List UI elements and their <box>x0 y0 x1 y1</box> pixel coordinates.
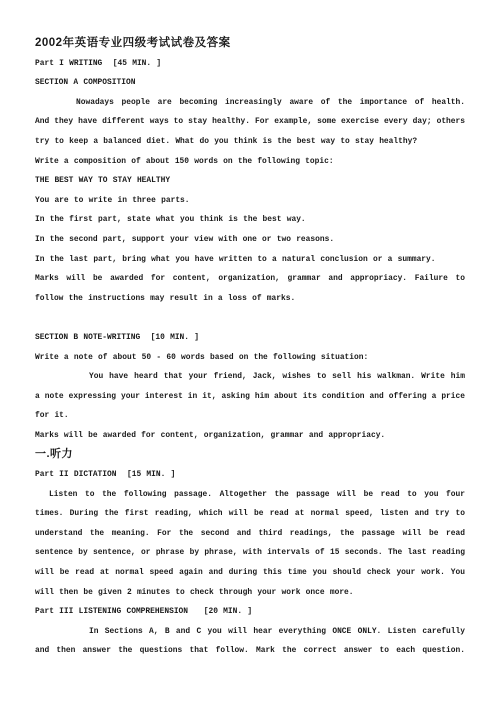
doc-line: understand the meaning. For the second a… <box>35 524 465 544</box>
doc-line: In the last part, bring what you have wr… <box>35 250 465 270</box>
doc-line: Write a composition of about 150 words o… <box>35 152 465 172</box>
doc-heading-line: SECTION B NOTE-WRITING [10 MIN. ] <box>35 328 465 348</box>
document-page: 2002年英语专业四级考试试卷及答案 Part I WRITING [45 MI… <box>0 0 496 702</box>
doc-section-line: 一.听力 <box>35 445 465 465</box>
doc-line: You have heard that your friend, Jack, w… <box>35 367 465 387</box>
doc-line: and then answer the questions that follo… <box>35 641 465 661</box>
document-body: Part I WRITING [45 MIN. ]SECTION A COMPO… <box>35 54 465 661</box>
doc-line: sentence by sentence, or phrase by phras… <box>35 543 465 563</box>
doc-heading-line: Part I WRITING [45 MIN. ] <box>35 54 465 74</box>
doc-line: Nowadays people are becoming increasingl… <box>35 93 465 113</box>
doc-line: In the second part, support your view wi… <box>35 230 465 250</box>
doc-heading-line: Part II DICTATION [15 MIN. ] <box>35 465 465 485</box>
doc-line: will be read at normal speed again and d… <box>35 563 465 583</box>
doc-line: Write a note of about 50 - 60 words base… <box>35 348 465 368</box>
doc-heading-line: THE BEST WAY TO STAY HEALTHY <box>35 171 465 191</box>
doc-line: In the first part, state what you think … <box>35 210 465 230</box>
doc-line: times. During the first reading, which w… <box>35 504 465 524</box>
doc-line: And they have different ways to stay hea… <box>35 112 465 132</box>
doc-line: follow the instructions may result in a … <box>35 289 465 309</box>
doc-blank-line <box>35 308 465 328</box>
doc-line: In Sections A, B and C you will hear eve… <box>35 622 465 642</box>
doc-heading-line: SECTION A COMPOSITION <box>35 73 465 93</box>
doc-line: for it. <box>35 406 465 426</box>
doc-heading-line: Part III LISTENING COMPREHENSION [20 MIN… <box>35 602 465 622</box>
doc-line: try to keep a balanced diet. What do you… <box>35 132 465 152</box>
doc-line: will then be given 2 minutes to check th… <box>35 583 465 603</box>
doc-line: Listen to the following passage. Altoget… <box>35 485 465 505</box>
doc-line: a note expressing your interest in it, a… <box>35 387 465 407</box>
doc-line: Marks will be awarded for content, organ… <box>35 426 465 446</box>
document-title: 2002年英语专业四级考试试卷及答案 <box>35 34 496 54</box>
doc-line: Marks will be awarded for content, organ… <box>35 269 465 289</box>
doc-line: You are to write in three parts. <box>35 191 465 211</box>
